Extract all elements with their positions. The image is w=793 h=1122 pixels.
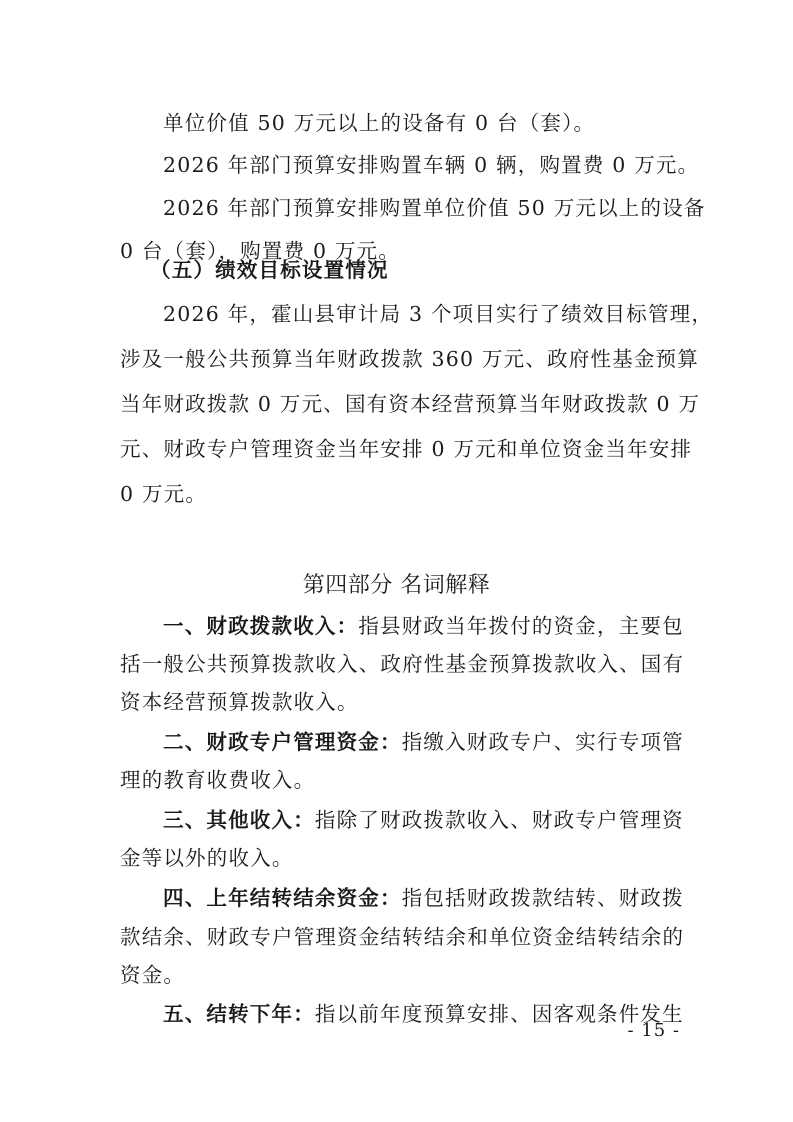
paragraph-line: 当年财政拨款 0 万元、国有资本经营预算当年财政拨款 0 万 xyxy=(120,384,680,424)
glossary-term: 三、其他收入： xyxy=(163,808,315,832)
glossary-definition: 指包括财政拨款结转、财政拨 xyxy=(402,886,684,910)
paragraph-line: 理的教育收费收入。 xyxy=(120,760,680,800)
page-number: - 15 - xyxy=(590,1016,680,1046)
paragraph-line: 涉及一般公共预算当年财政拨款 360 万元、政府性基金预算 xyxy=(120,339,680,379)
paragraph-line: 单位价值 50 万元以上的设备有 0 台（套）。 xyxy=(163,103,680,143)
paragraph-line: 括一般公共预算拨款收入、政府性基金预算拨款收入、国有 xyxy=(120,644,680,684)
paragraph-line: 2026 年部门预算安排购置单位价值 50 万元以上的设备 xyxy=(163,188,680,228)
paragraph-line: 资本经营预算拨款收入。 xyxy=(120,682,680,722)
glossary-term: 一、财政拨款收入： xyxy=(163,614,358,638)
paragraph-line: 资金。 xyxy=(120,955,680,995)
document-page: 单位价值 50 万元以上的设备有 0 台（套）。 2026 年部门预算安排购置车… xyxy=(0,0,793,1122)
glossary-item-special-account: 二、财政专户管理资金：指缴入财政专户、实行专项管 xyxy=(163,722,680,762)
glossary-definition: 指缴入财政专户、实行专项管 xyxy=(402,730,684,754)
paragraph-line: 2026 年部门预算安排购置车辆 0 辆，购置费 0 万元。 xyxy=(163,145,680,185)
glossary-item-prior-year-carryover: 四、上年结转结余资金：指包括财政拨款结转、财政拨 xyxy=(163,878,680,918)
glossary-item-financial-appropriation: 一、财政拨款收入：指县财政当年拨付的资金，主要包 xyxy=(163,606,680,646)
paragraph-line: 款结余、财政专户管理资金结转结余和单位资金结转结余的 xyxy=(120,917,680,957)
section-heading: （五）绩效目标设置情况 xyxy=(150,250,550,290)
paragraph-line: 0 万元。 xyxy=(120,474,680,514)
part-title: 第四部分 名词解释 xyxy=(0,566,793,606)
glossary-item-other-income: 三、其他收入：指除了财政拨款收入、财政专户管理资 xyxy=(163,800,680,840)
glossary-definition: 指除了财政拨款收入、财政专户管理资 xyxy=(315,808,684,832)
glossary-definition: 指县财政当年拨付的资金，主要包 xyxy=(358,614,684,638)
paragraph-line: 金等以外的收入。 xyxy=(120,838,680,878)
paragraph-line: 元、财政专户管理资金当年安排 0 万元和单位资金当年安排 xyxy=(120,429,680,469)
glossary-term: 四、上年结转结余资金： xyxy=(163,886,402,910)
paragraph-line: 2026 年，霍山县审计局 3 个项目实行了绩效目标管理， xyxy=(163,294,680,334)
glossary-term: 五、结转下年： xyxy=(163,1002,315,1026)
glossary-term: 二、财政专户管理资金： xyxy=(163,730,402,754)
